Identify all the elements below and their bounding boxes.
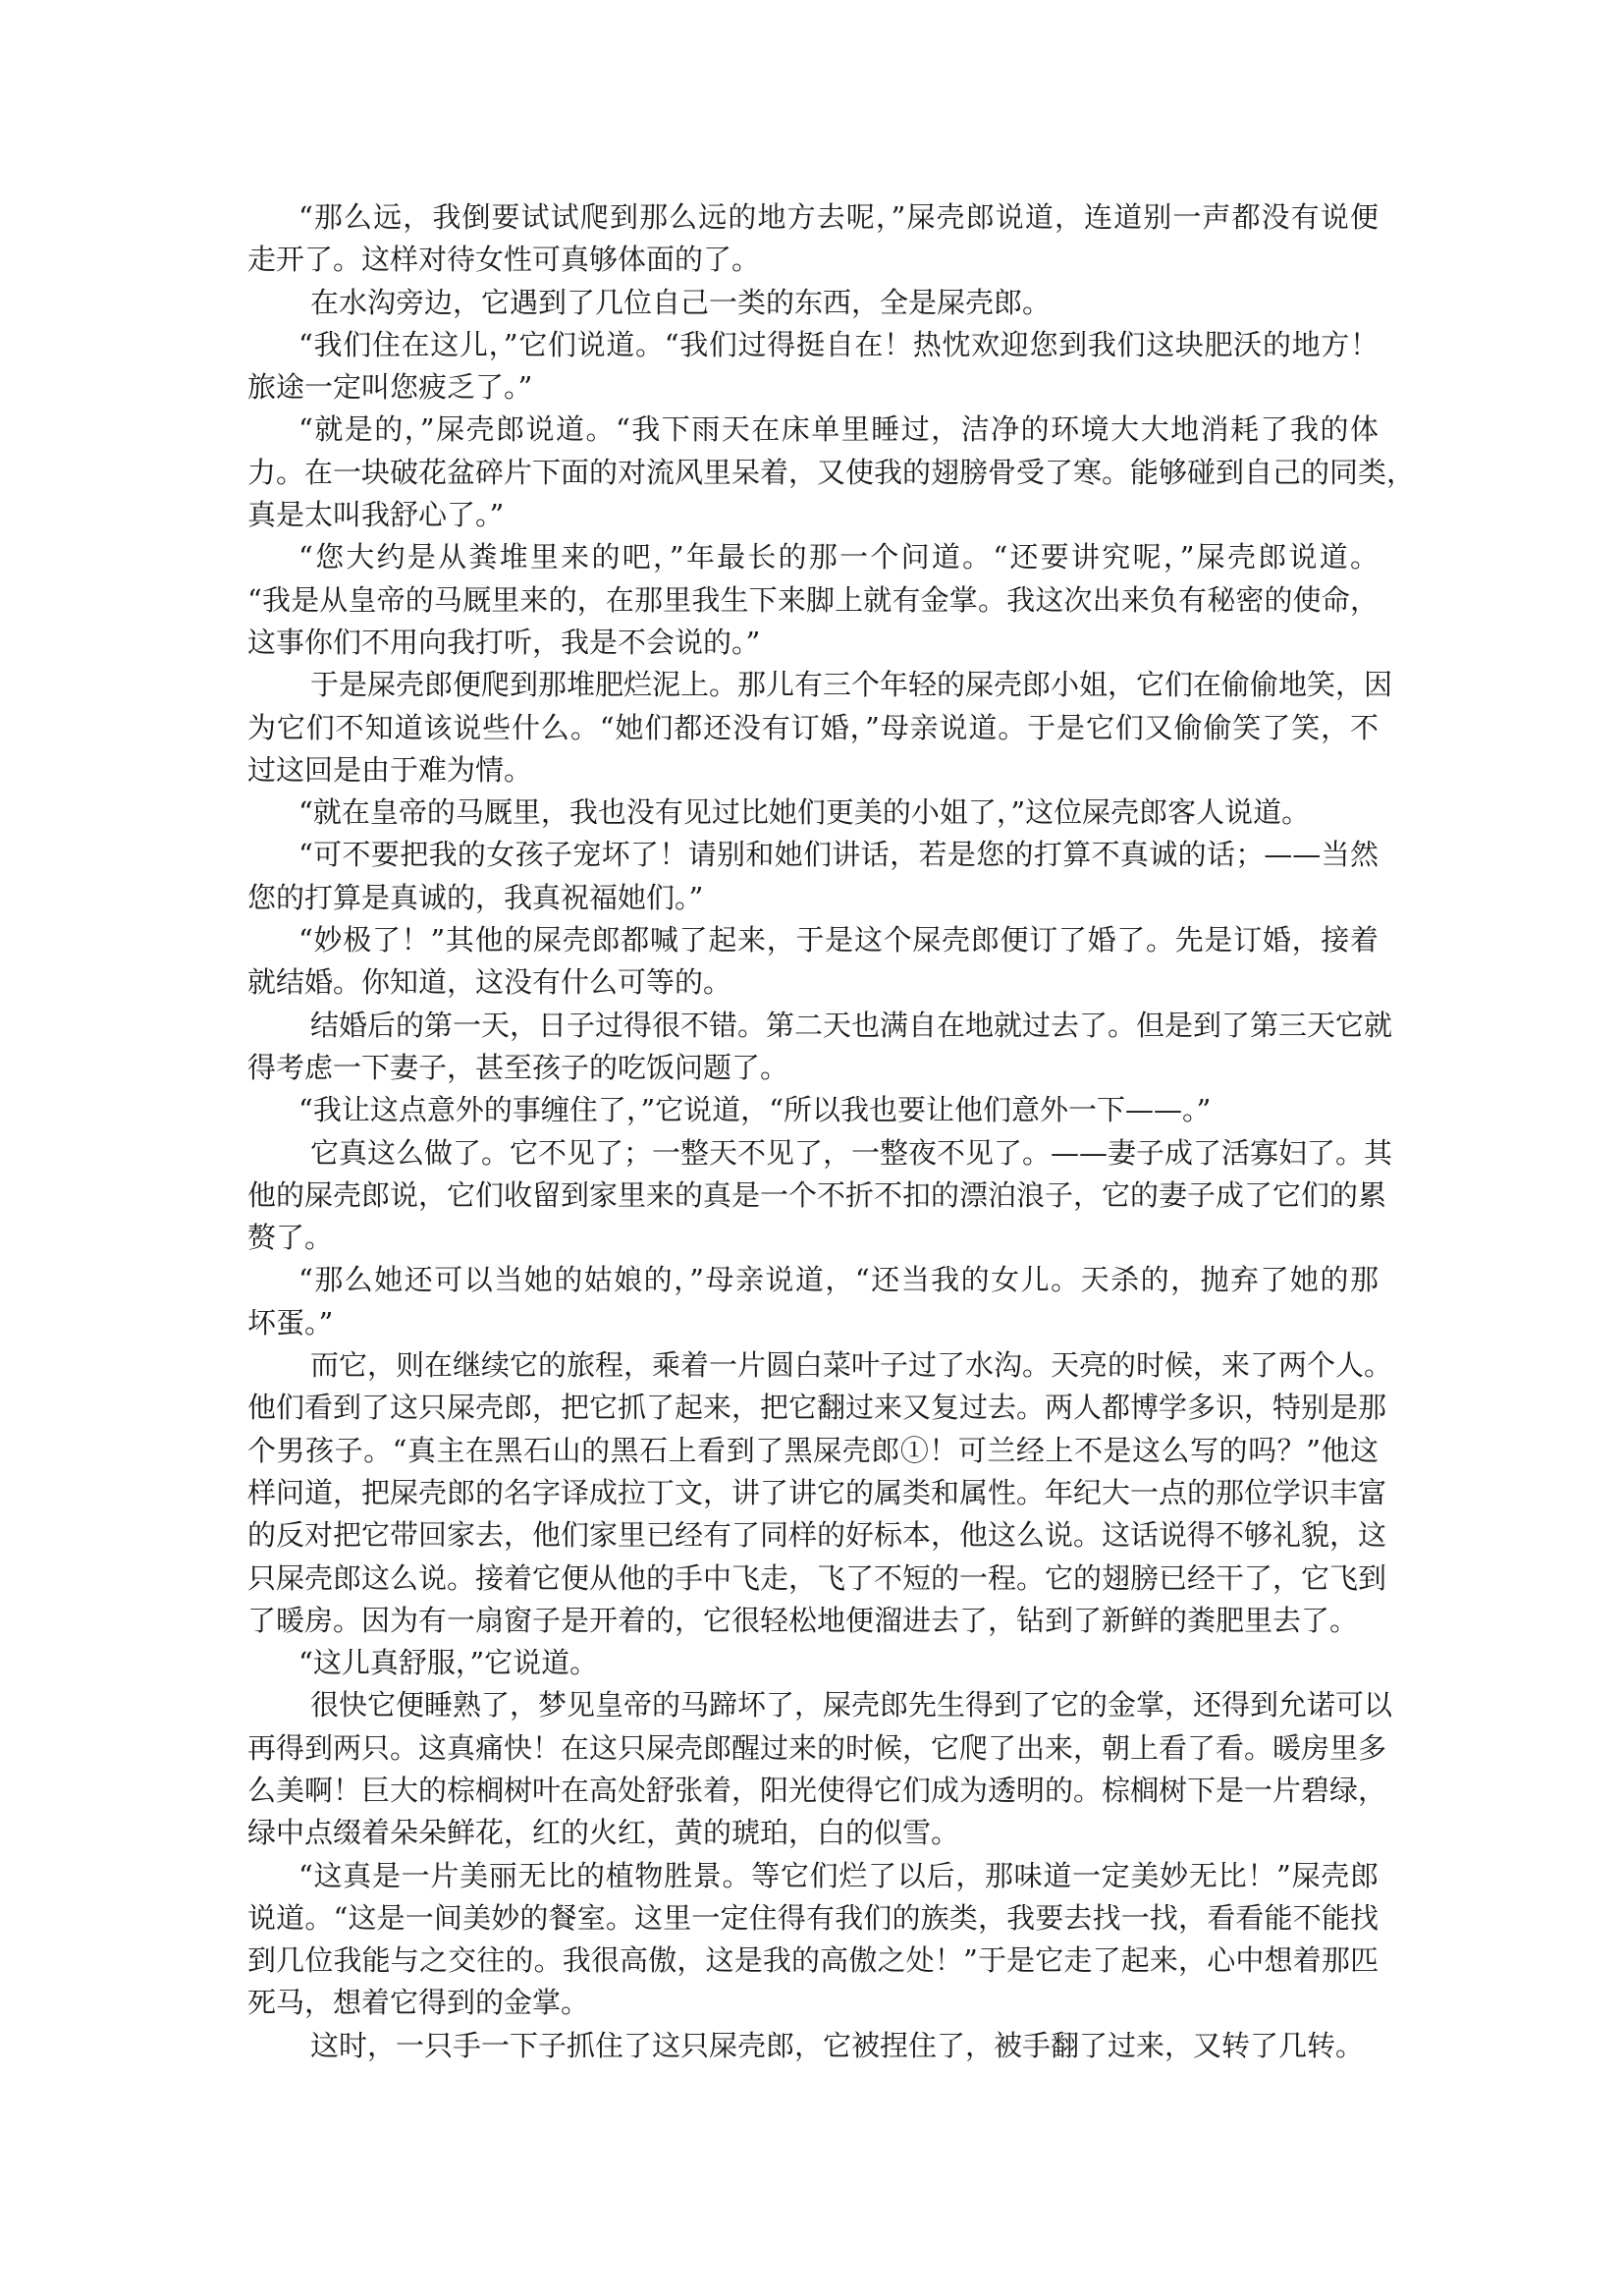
paragraph: “这真是一片美丽无比的植物胜景。等它们烂了以后，那味道一定美妙无比！”屎壳郎说道…	[247, 1855, 1379, 2025]
text-line: 坏蛋。”	[247, 1302, 1379, 1344]
paragraph: “那么她还可以当她的姑娘的，”母亲说道，“还当我的女儿。天杀的，抛弃了她的那坏蛋…	[247, 1259, 1379, 1344]
paragraph: “那么远，我倒要试试爬到那么远的地方去呢，”屎壳郎说道，连道别一声都没有说便走开…	[247, 196, 1379, 282]
text-line-content: 只屎壳郎这么说。接着它便从他的手中飞走，飞了不短的一程。它的翅膀已经干了，它飞到	[247, 1558, 1379, 1600]
text-line: “可不要把我的女孩子宠坏了！请别和她们讲话，若是您的打算不真诚的话；——当然	[247, 834, 1379, 876]
text-line: “妙极了！”其他的屎壳郎都喊了起来，于是这个屎壳郎便订了婚了。先是订婚，接着	[247, 919, 1379, 961]
text-line-content: “那么远，我倒要试试爬到那么远的地方去呢，”屎壳郎说道，连道别一声都没有说便	[298, 196, 1379, 239]
text-line: 赘了。	[247, 1217, 1379, 1259]
text-line-content: 么美啊！巨大的棕榈树叶在高处舒张着，阳光使得它们成为透明的。棕榈树下是一片碧绿，	[247, 1770, 1379, 1812]
text-line: 得考虑一下妻子，甚至孩子的吃饭问题了。	[247, 1047, 1379, 1089]
text-line: “我们住在这儿，”它们说道。“我们过得挺自在！热忱欢迎您到我们这块肥沃的地方！	[247, 324, 1379, 366]
text-line: “这儿真舒服，”它说道。	[247, 1642, 1379, 1684]
text-line-content: 过这回是由于难为情。	[247, 749, 1379, 792]
text-line-content: 到几位我能与之交往的。我很高傲，这是我的高傲之处！”于是它走了起来，心中想着那匹	[247, 1940, 1379, 1982]
text-line-content: “那么她还可以当她的姑娘的，”母亲说道，“还当我的女儿。天杀的，抛弃了她的那	[298, 1259, 1379, 1301]
text-line: 您的打算是真诚的，我真祝福她们。”	[247, 877, 1379, 919]
text-line-content: 坏蛋。”	[247, 1302, 1379, 1344]
text-line: 样问道，把屎壳郎的名字译成拉丁文，讲了讲它的属类和属性。年纪大一点的那位学识丰富	[247, 1472, 1379, 1514]
text-line-content: 力。在一块破花盆碎片下面的对流风里呆着，又使我的翅膀骨受了寒。能够碰到自己的同类…	[247, 452, 1379, 494]
text-line-content: 再得到两只。这真痛快！在这只屎壳郎醒过来的时候，它爬了出来，朝上看了看。暖房里多	[247, 1727, 1379, 1770]
text-line: 这事你们不用向我打听，我是不会说的。”	[247, 622, 1379, 664]
text-line: 这时，一只手一下子抓住了这只屎壳郎，它被捏住了，被手翻了过来，又转了几转。	[247, 2025, 1379, 2067]
paragraph: 它真这么做了。它不见了；一整天不见了，一整夜不见了。——妻子成了活寡妇了。其他的…	[247, 1132, 1379, 1260]
text-line-content: 在水沟旁边，它遇到了几位自己一类的东西，全是屎壳郎。	[310, 282, 1379, 324]
text-line: 很快它便睡熟了，梦见皇帝的马蹄坏了，屎壳郎先生得到了它的金掌，还得到允诺可以	[247, 1684, 1379, 1726]
text-line: 就结婚。你知道，这没有什么可等的。	[247, 961, 1379, 1004]
text-line: 的反对把它带回家去，他们家里已经有了同样的好标本，他这么说。这话说得不够礼貌，这	[247, 1514, 1379, 1557]
text-line: 于是屎壳郎便爬到那堆肥烂泥上。那儿有三个年轻的屎壳郎小姐，它们在偷偷地笑，因	[247, 664, 1379, 706]
text-line-content: 个男孩子。“真主在黑石山的黑石上看到了黑屎壳郎①！可兰经上不是这么写的吗？”他这	[247, 1430, 1379, 1472]
text-line-content: “就是的，”屎壳郎说道。“我下雨天在床单里睡过，洁净的环境大大地消耗了我的体	[298, 409, 1379, 451]
paragraph: “妙极了！”其他的屎壳郎都喊了起来，于是这个屎壳郎便订了婚了。先是订婚，接着就结…	[247, 919, 1379, 1005]
text-line: 死马，想着它得到的金掌。	[247, 1982, 1379, 2024]
text-line-content: “妙极了！”其他的屎壳郎都喊了起来，于是这个屎壳郎便订了婚了。先是订婚，接着	[298, 919, 1379, 961]
text-line-content: 说道。“这是一间美妙的餐室。这里一定住得有我们的族类，我要去找一找，看看能不能找	[247, 1897, 1379, 1940]
text-line-content: “就在皇帝的马厩里，我也没有见过比她们更美的小姐了，”这位屎壳郎客人说道。	[298, 792, 1379, 834]
document-page: “那么远，我倒要试试爬到那么远的地方去呢，”屎壳郎说道，连道别一声都没有说便走开…	[247, 196, 1379, 2067]
text-line-content: “可不要把我的女孩子宠坏了！请别和她们讲话，若是您的打算不真诚的话；——当然	[298, 834, 1379, 876]
text-line-content: 样问道，把屎壳郎的名字译成拉丁文，讲了讲它的属类和属性。年纪大一点的那位学识丰富	[247, 1472, 1379, 1514]
text-line-content: “我让这点意外的事缠住了，”它说道，“所以我也要让他们意外一下——。”	[298, 1089, 1379, 1131]
text-line: 到几位我能与之交往的。我很高傲，这是我的高傲之处！”于是它走了起来，心中想着那匹	[247, 1940, 1379, 1982]
text-line-content: 为它们不知道该说些什么。“她们都还没有订婚，”母亲说道。于是它们又偷偷笑了笑，不	[247, 707, 1379, 749]
text-line: 而它，则在继续它的旅程，乘着一片圆白菜叶子过了水沟。天亮的时候，来了两个人。	[247, 1344, 1379, 1387]
text-line: 过这回是由于难为情。	[247, 749, 1379, 792]
text-line-content: 于是屎壳郎便爬到那堆肥烂泥上。那儿有三个年轻的屎壳郎小姐，它们在偷偷地笑，因	[310, 664, 1379, 706]
text-line: 力。在一块破花盆碎片下面的对流风里呆着，又使我的翅膀骨受了寒。能够碰到自己的同类…	[247, 452, 1379, 494]
text-line: 么美啊！巨大的棕榈树叶在高处舒张着，阳光使得它们成为透明的。棕榈树下是一片碧绿，	[247, 1770, 1379, 1812]
text-line-content: 而它，则在继续它的旅程，乘着一片圆白菜叶子过了水沟。天亮的时候，来了两个人。	[310, 1344, 1379, 1387]
paragraph: “就是的，”屎壳郎说道。“我下雨天在床单里睡过，洁净的环境大大地消耗了我的体力。…	[247, 409, 1379, 536]
text-line: “您大约是从粪堆里来的吧，”年最长的那一个问道。“还要讲究呢，”屎壳郎说道。	[247, 536, 1379, 578]
text-line: “那么远，我倒要试试爬到那么远的地方去呢，”屎壳郎说道，连道别一声都没有说便	[247, 196, 1379, 239]
text-line: 在水沟旁边，它遇到了几位自己一类的东西，全是屎壳郎。	[247, 282, 1379, 324]
text-line-content: 绿中点缀着朵朵鲜花，红的火红，黄的琥珀，白的似雪。	[247, 1812, 1379, 1854]
text-line-content: 您的打算是真诚的，我真祝福她们。”	[247, 877, 1379, 919]
text-line-content: “这儿真舒服，”它说道。	[298, 1642, 1379, 1684]
paragraph: 结婚后的第一天，日子过得很不错。第二天也满自在地就过去了。但是到了第三天它就得考…	[247, 1005, 1379, 1090]
paragraph: 在水沟旁边，它遇到了几位自己一类的东西，全是屎壳郎。	[247, 282, 1379, 324]
text-line-content: 死马，想着它得到的金掌。	[247, 1982, 1379, 2024]
text-line-content: 走开了。这样对待女性可真够体面的了。	[247, 239, 1379, 281]
paragraph: “您大约是从粪堆里来的吧，”年最长的那一个问道。“还要讲究呢，”屎壳郎说道。“我…	[247, 536, 1379, 664]
paragraph: 于是屎壳郎便爬到那堆肥烂泥上。那儿有三个年轻的屎壳郎小姐，它们在偷偷地笑，因为它…	[247, 664, 1379, 792]
text-line: 绿中点缀着朵朵鲜花，红的火红，黄的琥珀，白的似雪。	[247, 1812, 1379, 1854]
text-line-content: 的反对把它带回家去，他们家里已经有了同样的好标本，他这么说。这话说得不够礼貌，这	[247, 1514, 1379, 1557]
text-line: 只屎壳郎这么说。接着它便从他的手中飞走，飞了不短的一程。它的翅膀已经干了，它飞到	[247, 1558, 1379, 1600]
text-line-content: 结婚后的第一天，日子过得很不错。第二天也满自在地就过去了。但是到了第三天它就	[310, 1005, 1379, 1047]
paragraph: “就在皇帝的马厩里，我也没有见过比她们更美的小姐了，”这位屎壳郎客人说道。	[247, 792, 1379, 834]
text-line-content: 旅途一定叫您疲乏了。”	[247, 366, 1379, 409]
paragraph: 而它，则在继续它的旅程，乘着一片圆白菜叶子过了水沟。天亮的时候，来了两个人。他们…	[247, 1344, 1379, 1642]
text-line-content: 真是太叫我舒心了。”	[247, 494, 1379, 536]
text-line: 他们看到了这只屎壳郎，把它抓了起来，把它翻过来又复过去。两人都博学多识，特别是那	[247, 1387, 1379, 1429]
text-line-content: 得考虑一下妻子，甚至孩子的吃饭问题了。	[247, 1047, 1379, 1089]
text-line: “那么她还可以当她的姑娘的，”母亲说道，“还当我的女儿。天杀的，抛弃了她的那	[247, 1259, 1379, 1301]
text-line: 走开了。这样对待女性可真够体面的了。	[247, 239, 1379, 281]
text-line-content: “我们住在这儿，”它们说道。“我们过得挺自在！热忱欢迎您到我们这块肥沃的地方！	[298, 324, 1379, 366]
text-line: “这真是一片美丽无比的植物胜景。等它们烂了以后，那味道一定美妙无比！”屎壳郎	[247, 1855, 1379, 1897]
text-line-content: “我是从皇帝的马厩里来的，在那里我生下来脚上就有金掌。我这次出来负有秘密的使命，	[247, 579, 1379, 622]
paragraph: “这儿真舒服，”它说道。	[247, 1642, 1379, 1684]
text-line-content: 很快它便睡熟了，梦见皇帝的马蹄坏了，屎壳郎先生得到了它的金掌，还得到允诺可以	[310, 1684, 1379, 1726]
text-line-content: 这事你们不用向我打听，我是不会说的。”	[247, 622, 1379, 664]
text-line-content: 就结婚。你知道，这没有什么可等的。	[247, 961, 1379, 1004]
text-line: “我是从皇帝的马厩里来的，在那里我生下来脚上就有金掌。我这次出来负有秘密的使命，	[247, 579, 1379, 622]
text-line: “就在皇帝的马厩里，我也没有见过比她们更美的小姐了，”这位屎壳郎客人说道。	[247, 792, 1379, 834]
text-line-content: 赘了。	[247, 1217, 1379, 1259]
text-line-content: 了暖房。因为有一扇窗子是开着的，它很轻松地便溜进去了，钻到了新鲜的粪肥里去了。	[247, 1600, 1379, 1642]
text-line-content: 他们看到了这只屎壳郎，把它抓了起来，把它翻过来又复过去。两人都博学多识，特别是那	[247, 1387, 1379, 1429]
text-line: 个男孩子。“真主在黑石山的黑石上看到了黑屎壳郎①！可兰经上不是这么写的吗？”他这	[247, 1430, 1379, 1472]
text-line: 真是太叫我舒心了。”	[247, 494, 1379, 536]
text-line: 旅途一定叫您疲乏了。”	[247, 366, 1379, 409]
paragraph: “可不要把我的女孩子宠坏了！请别和她们讲话，若是您的打算不真诚的话；——当然您的…	[247, 834, 1379, 919]
text-line-content: 这时，一只手一下子抓住了这只屎壳郎，它被捏住了，被手翻了过来，又转了几转。	[310, 2025, 1379, 2067]
text-line: 为它们不知道该说些什么。“她们都还没有订婚，”母亲说道。于是它们又偷偷笑了笑，不	[247, 707, 1379, 749]
text-line: 说道。“这是一间美妙的餐室。这里一定住得有我们的族类，我要去找一找，看看能不能找	[247, 1897, 1379, 1940]
paragraph: “我让这点意外的事缠住了，”它说道，“所以我也要让他们意外一下——。”	[247, 1089, 1379, 1131]
text-line: 了暖房。因为有一扇窗子是开着的，它很轻松地便溜进去了，钻到了新鲜的粪肥里去了。	[247, 1600, 1379, 1642]
text-line: 它真这么做了。它不见了；一整天不见了，一整夜不见了。——妻子成了活寡妇了。其	[247, 1132, 1379, 1175]
text-line: “就是的，”屎壳郎说道。“我下雨天在床单里睡过，洁净的环境大大地消耗了我的体	[247, 409, 1379, 451]
text-line-content: “您大约是从粪堆里来的吧，”年最长的那一个问道。“还要讲究呢，”屎壳郎说道。	[298, 536, 1379, 578]
text-line: 再得到两只。这真痛快！在这只屎壳郎醒过来的时候，它爬了出来，朝上看了看。暖房里多	[247, 1727, 1379, 1770]
paragraph: “我们住在这儿，”它们说道。“我们过得挺自在！热忱欢迎您到我们这块肥沃的地方！旅…	[247, 324, 1379, 410]
paragraph: 很快它便睡熟了，梦见皇帝的马蹄坏了，屎壳郎先生得到了它的金掌，还得到允诺可以再得…	[247, 1684, 1379, 1854]
text-line: 结婚后的第一天，日子过得很不错。第二天也满自在地就过去了。但是到了第三天它就	[247, 1005, 1379, 1047]
text-line: “我让这点意外的事缠住了，”它说道，“所以我也要让他们意外一下——。”	[247, 1089, 1379, 1131]
paragraph: 这时，一只手一下子抓住了这只屎壳郎，它被捏住了，被手翻了过来，又转了几转。	[247, 2025, 1379, 2067]
text-line: 他的屎壳郎说，它们收留到家里来的真是一个不折不扣的漂泊浪子，它的妻子成了它们的累	[247, 1175, 1379, 1217]
text-line-content: 他的屎壳郎说，它们收留到家里来的真是一个不折不扣的漂泊浪子，它的妻子成了它们的累	[247, 1175, 1379, 1217]
text-line-content: 它真这么做了。它不见了；一整天不见了，一整夜不见了。——妻子成了活寡妇了。其	[310, 1132, 1379, 1175]
text-line-content: “这真是一片美丽无比的植物胜景。等它们烂了以后，那味道一定美妙无比！”屎壳郎	[298, 1855, 1379, 1897]
